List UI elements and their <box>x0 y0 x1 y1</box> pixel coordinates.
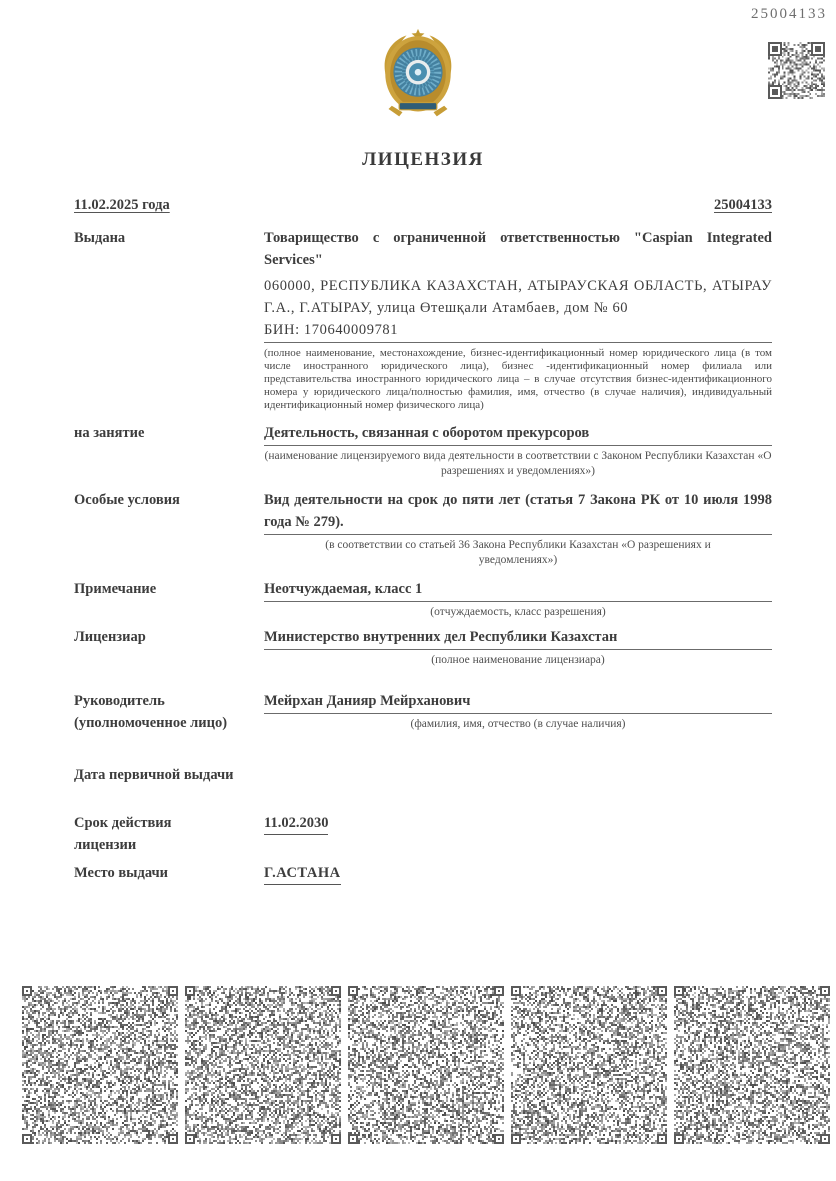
datamatrix-block-icon <box>511 986 667 1144</box>
head-caption: (фамилия, имя, отчество (в случае наличи… <box>264 717 772 732</box>
page-title: ЛИЦЕНЗИЯ <box>74 147 772 172</box>
validity-label: Срок действия лицензии <box>74 812 264 856</box>
first-issue-date-label: Дата первичной выдачи <box>74 764 374 786</box>
special-conditions-caption: (в соответствии со статьей 36 Закона Рес… <box>293 538 743 568</box>
validity-value: 11.02.2030 <box>264 812 328 835</box>
field-head: Руководитель (уполномоченное лицо) Мейрх… <box>74 690 772 734</box>
datamatrix-block-icon <box>185 986 341 1144</box>
activity-value: Деятельность, связанная с оборотом преку… <box>264 422 772 446</box>
field-note: Примечание Неотчуждаемая, класс 1 (отчуж… <box>74 578 772 620</box>
issued-to-label: Выдана <box>74 227 264 412</box>
kazakhstan-emblem-icon <box>377 28 459 118</box>
field-licensor: Лицензиар Министерство внутренних дел Ре… <box>74 626 772 668</box>
barcode-strip <box>22 986 836 1144</box>
licensor-value: Министерство внутренних дел Республики К… <box>264 626 772 650</box>
field-special-conditions: Особые условия Вид деятельности на срок … <box>74 489 772 568</box>
issue-date: 11.02.2025 года <box>74 194 170 216</box>
issue-place-value: Г.АСТАНА <box>264 862 341 885</box>
field-first-issue-date: Дата первичной выдачи <box>74 764 772 786</box>
date-number-row: 11.02.2025 года 25004133 <box>74 194 772 216</box>
document-number-top: 25004133 <box>751 6 827 23</box>
note-label: Примечание <box>74 578 264 620</box>
activity-caption: (наименование лицензируемого вида деятел… <box>264 449 772 479</box>
licensor-label: Лицензиар <box>74 626 264 668</box>
qr-code-icon <box>768 42 825 99</box>
datamatrix-block-icon <box>22 986 178 1144</box>
company-name: Товарищество с ограниченной ответственно… <box>264 227 772 271</box>
company-address: 060000, РЕСПУБЛИКА КАЗАХСТАН, АТЫРАУСКАЯ… <box>264 275 772 319</box>
issued-to-caption: (полное наименование, местонахождение, б… <box>264 347 772 412</box>
licensor-caption: (полное наименование лицензиара) <box>264 653 772 668</box>
head-label: Руководитель (уполномоченное лицо) <box>74 690 264 734</box>
note-caption: (отчуждаемость, класс разрешения) <box>264 605 772 620</box>
document-body: ЛИЦЕНЗИЯ 11.02.2025 года 25004133 Выдана… <box>0 147 836 885</box>
field-validity: Срок действия лицензии 11.02.2030 <box>74 812 772 856</box>
company-bin: БИН: 170640009781 <box>264 319 772 343</box>
special-conditions-value: Вид деятельности на срок до пяти лет (ст… <box>264 489 772 535</box>
datamatrix-block-icon <box>348 986 504 1144</box>
field-activity: на занятие Деятельность, связанная с обо… <box>74 422 772 479</box>
head-value: Мейрхан Данияр Мейрханович <box>264 690 772 714</box>
special-conditions-label: Особые условия <box>74 489 264 568</box>
license-document-page: 25004133 ЛИЦЕНЗИЯ 11.02.2025 года 250041… <box>0 0 836 1181</box>
datamatrix-block-icon <box>674 986 830 1144</box>
activity-label: на занятие <box>74 422 264 479</box>
issue-place-label: Место выдачи <box>74 862 264 885</box>
field-issue-place: Место выдачи Г.АСТАНА <box>74 862 772 885</box>
license-number: 25004133 <box>714 194 772 216</box>
field-issued-to: Выдана Товарищество с ограниченной ответ… <box>74 227 772 412</box>
note-value: Неотчуждаемая, класс 1 <box>264 578 772 602</box>
